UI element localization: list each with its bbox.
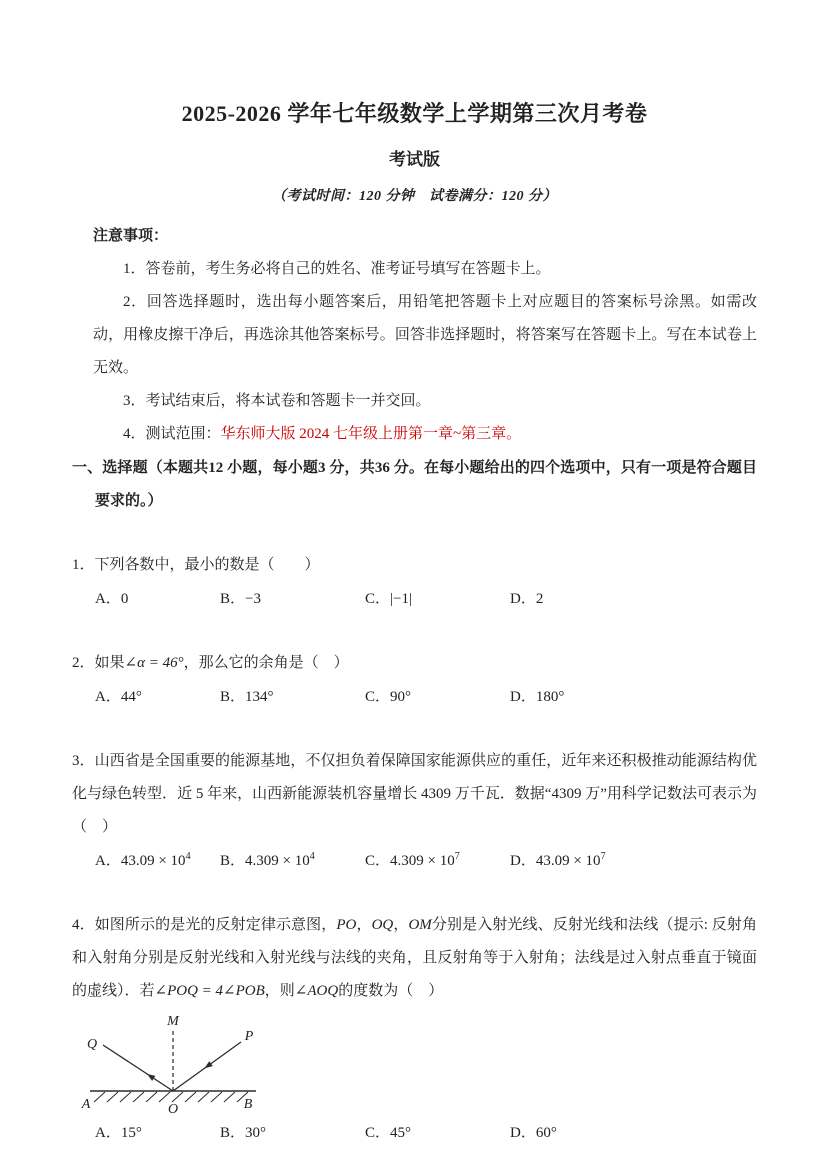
exam-title: 2025-2026 学年七年级数学上学期第三次月考卷 — [72, 97, 757, 128]
note-item-1: 1．答卷前，考生务必将自己的姓名、准考证号填写在答题卡上。 — [93, 253, 757, 286]
reflected-ray — [103, 1045, 173, 1091]
figure-container: M Q P A O B — [76, 1012, 757, 1116]
question-text-segment: ，那么它的余角是（ ） — [184, 655, 349, 671]
question-4-text: 4．如图所示的是光的反射定律示意图，PO，OQ，OM分别是入射光线、反射光线和法… — [72, 909, 757, 1008]
option-value: −3 — [245, 591, 261, 607]
option-value: 180° — [536, 689, 565, 705]
note-scope-prefix: 4．测试范围： — [123, 426, 221, 442]
option-value: 4.309 × 10 — [390, 853, 455, 869]
notes-block: 注意事项： 1．答卷前，考生务必将自己的姓名、准考证号填写在答题卡上。 2．回答… — [93, 220, 757, 451]
question-text-segment: 1．下列各数中，最小的数是（ ） — [72, 557, 320, 573]
option-value: 43.09 × 10 — [121, 853, 186, 869]
option-label: A． — [95, 1125, 121, 1141]
question-3-options: A．43.09 × 104 B．4.309 × 104 C．4.309 × 10… — [95, 844, 757, 878]
question-2-text: 2．如果∠α = 46°，那么它的余角是（ ） — [72, 647, 757, 680]
option-label: A． — [95, 853, 121, 869]
notes-heading: 注意事项： — [93, 220, 757, 253]
light-reflection-figure: M Q P A O B — [76, 1012, 271, 1116]
question-1-text: 1．下列各数中，最小的数是（ ） — [72, 549, 757, 582]
figure-label-p: P — [244, 1029, 254, 1044]
option-exponent: 4 — [310, 851, 315, 862]
figure-label-q: Q — [87, 1037, 97, 1052]
option-value: 30° — [245, 1125, 266, 1141]
option-label: B． — [220, 853, 245, 869]
option-exponent: 4 — [186, 851, 191, 862]
option-item-c: C．|−1| — [365, 582, 510, 616]
option-value: 44° — [121, 689, 142, 705]
note-item-4: 4．测试范围：华东师大版 2024 七年级上册第一章~第三章。 — [93, 418, 757, 451]
option-item-d: D．43.09 × 107 — [510, 844, 757, 878]
figure-label-a: A — [81, 1097, 91, 1112]
note-item-2: 2．回答选择题时，选出每小题答案后，用铅笔把答题卡上对应题目的答案标号涂黑。如需… — [93, 286, 757, 385]
question-4-options: A．15° B．30° C．45° D．60° — [95, 1116, 757, 1150]
question-text-segment: 的度数为（ ） — [338, 983, 443, 999]
option-item-c: C．45° — [365, 1116, 510, 1150]
figure-label-b: B — [244, 1097, 253, 1112]
question-text-segment: 2．如果 — [72, 655, 125, 671]
question-2: 2．如果∠α = 46°，那么它的余角是（ ） A．44° B．134° C．9… — [72, 647, 757, 714]
option-item-d: D．180° — [510, 680, 757, 714]
option-item-c: C．4.309 × 107 — [365, 844, 510, 878]
option-item-b: B．4.309 × 104 — [220, 844, 365, 878]
mirror-hatching — [94, 1092, 248, 1102]
figure-label-m: M — [166, 1014, 180, 1029]
option-label: D． — [510, 689, 536, 705]
option-label: C． — [365, 689, 390, 705]
option-label: B． — [220, 689, 245, 705]
option-value: |−1| — [390, 591, 412, 607]
option-item-b: B．−3 — [220, 582, 365, 616]
question-text-segment: ， — [393, 917, 408, 933]
option-item-d: D．60° — [510, 1116, 757, 1150]
option-item-a: A．43.09 × 104 — [95, 844, 220, 878]
option-label: B． — [220, 1125, 245, 1141]
option-label: C． — [365, 1125, 390, 1141]
exam-paper-page: 2025-2026 学年七年级数学上学期第三次月考卷 考试版 （考试时间：120… — [0, 0, 827, 1169]
option-value: 134° — [245, 689, 274, 705]
question-4: 4．如图所示的是光的反射定律示意图，PO，OQ，OM分别是入射光线、反射光线和法… — [72, 909, 757, 1150]
question-math-segment: OM — [408, 917, 431, 933]
question-3: 3．山西省是全国重要的能源基地，不仅担负着保障国家能源供应的重任，近年来还积极推… — [72, 745, 757, 878]
question-text-segment: 4．如图所示的是光的反射定律示意图， — [72, 917, 336, 933]
option-label: D． — [510, 1125, 536, 1141]
question-1-options: A．0 B．−3 C．|−1| D．2 — [95, 582, 757, 616]
option-label: D． — [510, 591, 536, 607]
page-content: 2025-2026 学年七年级数学上学期第三次月考卷 考试版 （考试时间：120… — [0, 0, 827, 1150]
question-math-segment: OQ — [372, 917, 394, 933]
question-1: 1．下列各数中，最小的数是（ ） A．0 B．−3 C．|−1| D．2 — [72, 549, 757, 616]
question-math-segment: ∠α = 46° — [125, 655, 184, 671]
option-item-c: C．90° — [365, 680, 510, 714]
option-label: A． — [95, 591, 121, 607]
option-label: B． — [220, 591, 245, 607]
option-value: 0 — [121, 591, 129, 607]
option-value: 2 — [536, 591, 544, 607]
exam-info: （考试时间：120 分钟 试卷满分：120 分） — [72, 185, 757, 205]
incident-ray-arrowhead — [205, 1061, 213, 1068]
note-item-3: 3．考试结束后，将本试卷和答题卡一并交回。 — [93, 385, 757, 418]
question-math-segment: ∠AOQ — [295, 983, 338, 999]
option-value: 43.09 × 10 — [536, 853, 601, 869]
section-one-heading: 一、选择题（本题共12 小题，每小题3 分，共36 分。在每小题给出的四个选项中… — [72, 452, 757, 518]
option-label: A． — [95, 689, 121, 705]
question-text-segment: ， — [356, 917, 371, 933]
option-item-b: B．30° — [220, 1116, 365, 1150]
figure-label-o: O — [168, 1102, 178, 1116]
option-label: C． — [365, 591, 390, 607]
note-scope-text: 华东师大版 2024 七年级上册第一章~第三章。 — [221, 426, 522, 442]
option-label: C． — [365, 853, 390, 869]
option-value: 90° — [390, 689, 411, 705]
option-item-d: D．2 — [510, 582, 757, 616]
question-text-segment: ，则 — [265, 983, 295, 999]
option-value: 4.309 × 10 — [245, 853, 310, 869]
option-item-b: B．134° — [220, 680, 365, 714]
option-item-a: A．44° — [95, 680, 220, 714]
option-label: D． — [510, 853, 536, 869]
option-value: 45° — [390, 1125, 411, 1141]
option-exponent: 7 — [455, 851, 460, 862]
question-math-segment: PO — [336, 917, 356, 933]
exam-subtitle: 考试版 — [72, 145, 757, 170]
question-text-segment: 3．山西省是全国重要的能源基地，不仅担负着保障国家能源供应的重任，近年来还积极推… — [72, 753, 757, 835]
option-value: 60° — [536, 1125, 557, 1141]
reflected-ray-arrowhead — [147, 1074, 155, 1081]
option-exponent: 7 — [601, 851, 606, 862]
question-3-text: 3．山西省是全国重要的能源基地，不仅担负着保障国家能源供应的重任，近年来还积极推… — [72, 745, 757, 844]
option-item-a: A．15° — [95, 1116, 220, 1150]
option-item-a: A．0 — [95, 582, 220, 616]
option-value: 15° — [121, 1125, 142, 1141]
question-math-segment: ∠POQ = 4∠POB — [155, 983, 265, 999]
question-2-options: A．44° B．134° C．90° D．180° — [95, 680, 757, 714]
